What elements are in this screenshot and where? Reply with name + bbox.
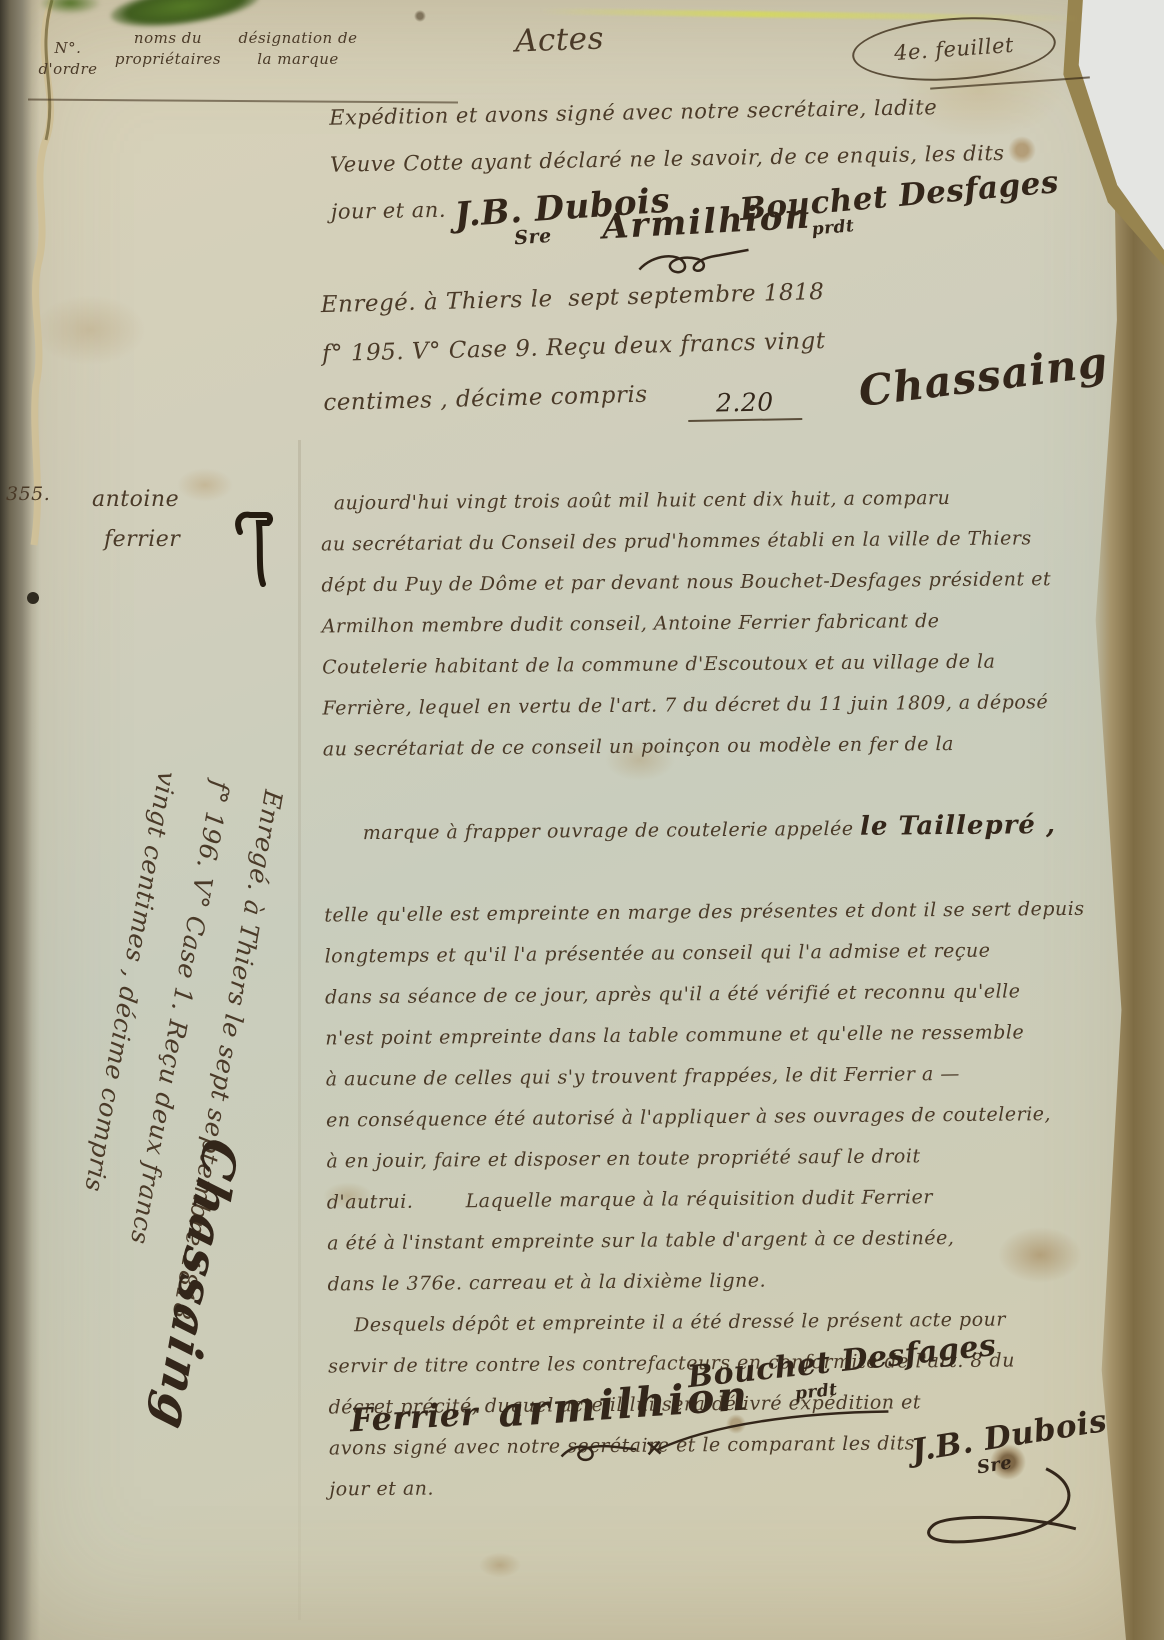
text-line: Armilhon membre dudit conseil, Antoine F…	[322, 600, 1117, 648]
act-mark-line: marque à frapper ouvrage de coutelerie a…	[323, 764, 1119, 896]
text-line: ferrier	[104, 520, 180, 560]
text-line: aujourd'hui vingt trois août mil huit ce…	[321, 477, 1116, 525]
text-line: a été à l'instant empreinte sur la table…	[327, 1217, 1122, 1265]
text-line: en conséquence été autorisé à l'applique…	[326, 1094, 1121, 1142]
text-line: Ferrière, lequel en vertu de l'art. 7 du…	[322, 682, 1117, 730]
act-text-part1: aujourd'hui vingt trois août mil huit ce…	[321, 477, 1118, 771]
text-line: telle qu'elle est empreinte en marge des…	[324, 889, 1119, 937]
register-column-headers: N°. d'ordre noms du propriétaires désign…	[38, 28, 388, 80]
binding-thread	[6, 0, 76, 620]
text-line: Coutelerie habitant de la commune d'Esco…	[322, 641, 1117, 689]
text-line: à en jouir, faire et disposer en toute p…	[326, 1135, 1121, 1183]
scanned-register-page: N°. d'ordre noms du propriétaires désign…	[0, 0, 1164, 1640]
text-line: n'est point empreinte dans la table comm…	[325, 1012, 1120, 1060]
text-line: dans le 376e. carreau et à la dixième li…	[327, 1258, 1122, 1306]
owner-name: antoineferrier	[92, 480, 180, 560]
act-number: 355.	[6, 483, 50, 505]
column-header-number: N°. d'ordre	[38, 38, 98, 80]
column-header-mark: désignation de la marque	[238, 28, 358, 80]
margin-crease	[298, 440, 301, 1620]
text-line: longtemps et qu'il l'a présentée au cons…	[324, 930, 1119, 978]
text-line: d'autrui. Laquelle marque à la réquisiti…	[327, 1176, 1122, 1224]
text-line: Desquels dépôt et empreinte il a été dre…	[328, 1299, 1123, 1347]
text-line: antoine	[92, 480, 180, 520]
trademark-punch-mark-icon	[232, 508, 278, 594]
signature-comparant-ferrier: Ferrier	[349, 1395, 479, 1440]
text-line: au secrétariat de ce conseil un poinçon …	[323, 723, 1118, 771]
text-line: dans sa séance de ce jour, après qu'il a…	[325, 971, 1120, 1019]
trademark-name: le Taillepré ,	[860, 810, 1056, 842]
text-line: dépt du Puy de Dôme et par devant nous B…	[321, 559, 1116, 607]
folio-badge-label: 4e. feuillet	[893, 33, 1014, 65]
page-title: Actes	[514, 20, 604, 59]
text-line: à aucune de celles qui s'y trouvent frap…	[326, 1053, 1121, 1101]
text-line: au secrétariat du Conseil des prud'homme…	[321, 518, 1116, 566]
act-text: aujourd'hui vingt trois août mil huit ce…	[321, 477, 1125, 1511]
registration-amount: 2.20	[688, 387, 802, 422]
column-header-owner: noms du propriétaires	[108, 28, 228, 80]
act-mark-line-prefix: marque à frapper ouvrage de coutelerie a…	[363, 818, 860, 844]
